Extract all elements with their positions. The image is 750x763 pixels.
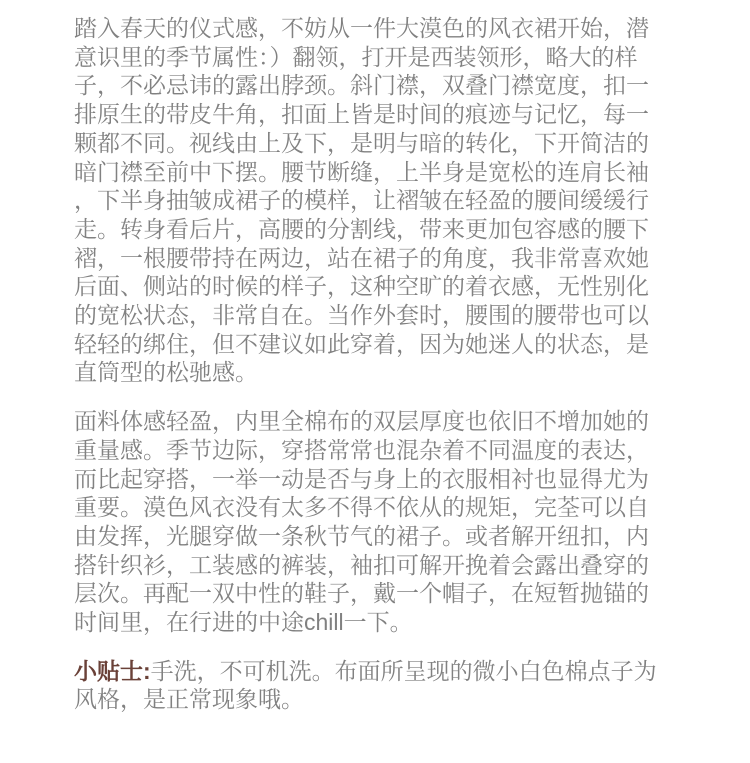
text-line: 后面、侧站的时候的样子，这种空旷的着衣感，无性别化 <box>74 272 684 301</box>
text-line: 而比起穿搭，一举一动是否与身上的衣服相衬也显得尤为 <box>74 465 684 494</box>
text-line: 小贴士:手洗，不可机洗。布面所呈现的微小白色棉点子为 <box>74 657 684 686</box>
paragraph-design-description: 踏入春天的仪式感，不妨从一件大漠色的风衣裙开始，潜 意识里的季节属性：）翻领，打… <box>74 14 684 387</box>
tip-label: 小贴士: <box>74 658 151 684</box>
text-line: 轻轻的绑住，但不建议如此穿着，因为她迷人的状态，是 <box>74 330 684 359</box>
text-line: ，下半身抽皱成裙子的模样，让褶皱在轻盈的腰间缓缓行 <box>74 186 684 215</box>
text-line: 走。转身看后片，高腰的分割线，带来更加包容感的腰下 <box>74 215 684 244</box>
text-line: 排原生的带皮牛角，扣面上皆是时间的痕迹与记忆，每一 <box>74 100 684 129</box>
text-line: 面料体感轻盈，内里全棉布的双层厚度也依旧不增加她的 <box>74 407 684 436</box>
text-line: 颗都不同。视线由上及下，是明与暗的转化，下开简洁的 <box>74 129 684 158</box>
paragraph-care-tip: 小贴士:手洗，不可机洗。布面所呈现的微小白色棉点子为 风格，是正常现象哦。 <box>74 657 684 714</box>
text-line: 搭针织衫，工装感的裤装，袖扣可解开挽着会露出叠穿的 <box>74 551 684 580</box>
text-line: 重量感。季节边际，穿搭常常也混杂着不同温度的表达， <box>74 436 684 465</box>
text-line: 褶，一根腰带持在两边，站在裙子的角度，我非常喜欢她 <box>74 244 684 273</box>
paragraph-fabric-styling: 面料体感轻盈，内里全棉布的双层厚度也依旧不增加她的 重量感。季节边际，穿搭常常也… <box>74 407 684 637</box>
text-line: 暗门襟至前中下摆。腰节断缝，上半身是宽松的连肩长袖 <box>74 158 684 187</box>
tip-text: 手洗，不可机洗。布面所呈现的微小白色棉点子为 <box>151 658 657 684</box>
text-line: 时间里，在行进的中途chill一下。 <box>74 608 684 637</box>
text-line: 由发挥，光腿穿做一条秋节气的裙子。或者解开纽扣，内 <box>74 522 684 551</box>
text-line: 的宽松状态，非常自在。当作外套时，腰围的腰带也可以 <box>74 301 684 330</box>
text-line: 重要。漠色风衣没有太多不得不依从的规矩，完荃可以自 <box>74 493 684 522</box>
text-line: 意识里的季节属性：）翻领，打开是西装领形，略大的样 <box>74 43 684 72</box>
product-description: 踏入春天的仪式感，不妨从一件大漠色的风衣裙开始，潜 意识里的季节属性：）翻领，打… <box>74 14 684 734</box>
text-line: 直筒型的松驰感。 <box>74 358 684 387</box>
text-line: 踏入春天的仪式感，不妨从一件大漠色的风衣裙开始，潜 <box>74 14 684 43</box>
text-line: 层次。再配一双中性的鞋子，戴一个帽子，在短暂抛锚的 <box>74 579 684 608</box>
text-line: 子，不必忌讳的露出脖颈。斜门襟，双叠门襟宽度，扣一 <box>74 71 684 100</box>
text-line: 风格，是正常现象哦。 <box>74 685 684 714</box>
